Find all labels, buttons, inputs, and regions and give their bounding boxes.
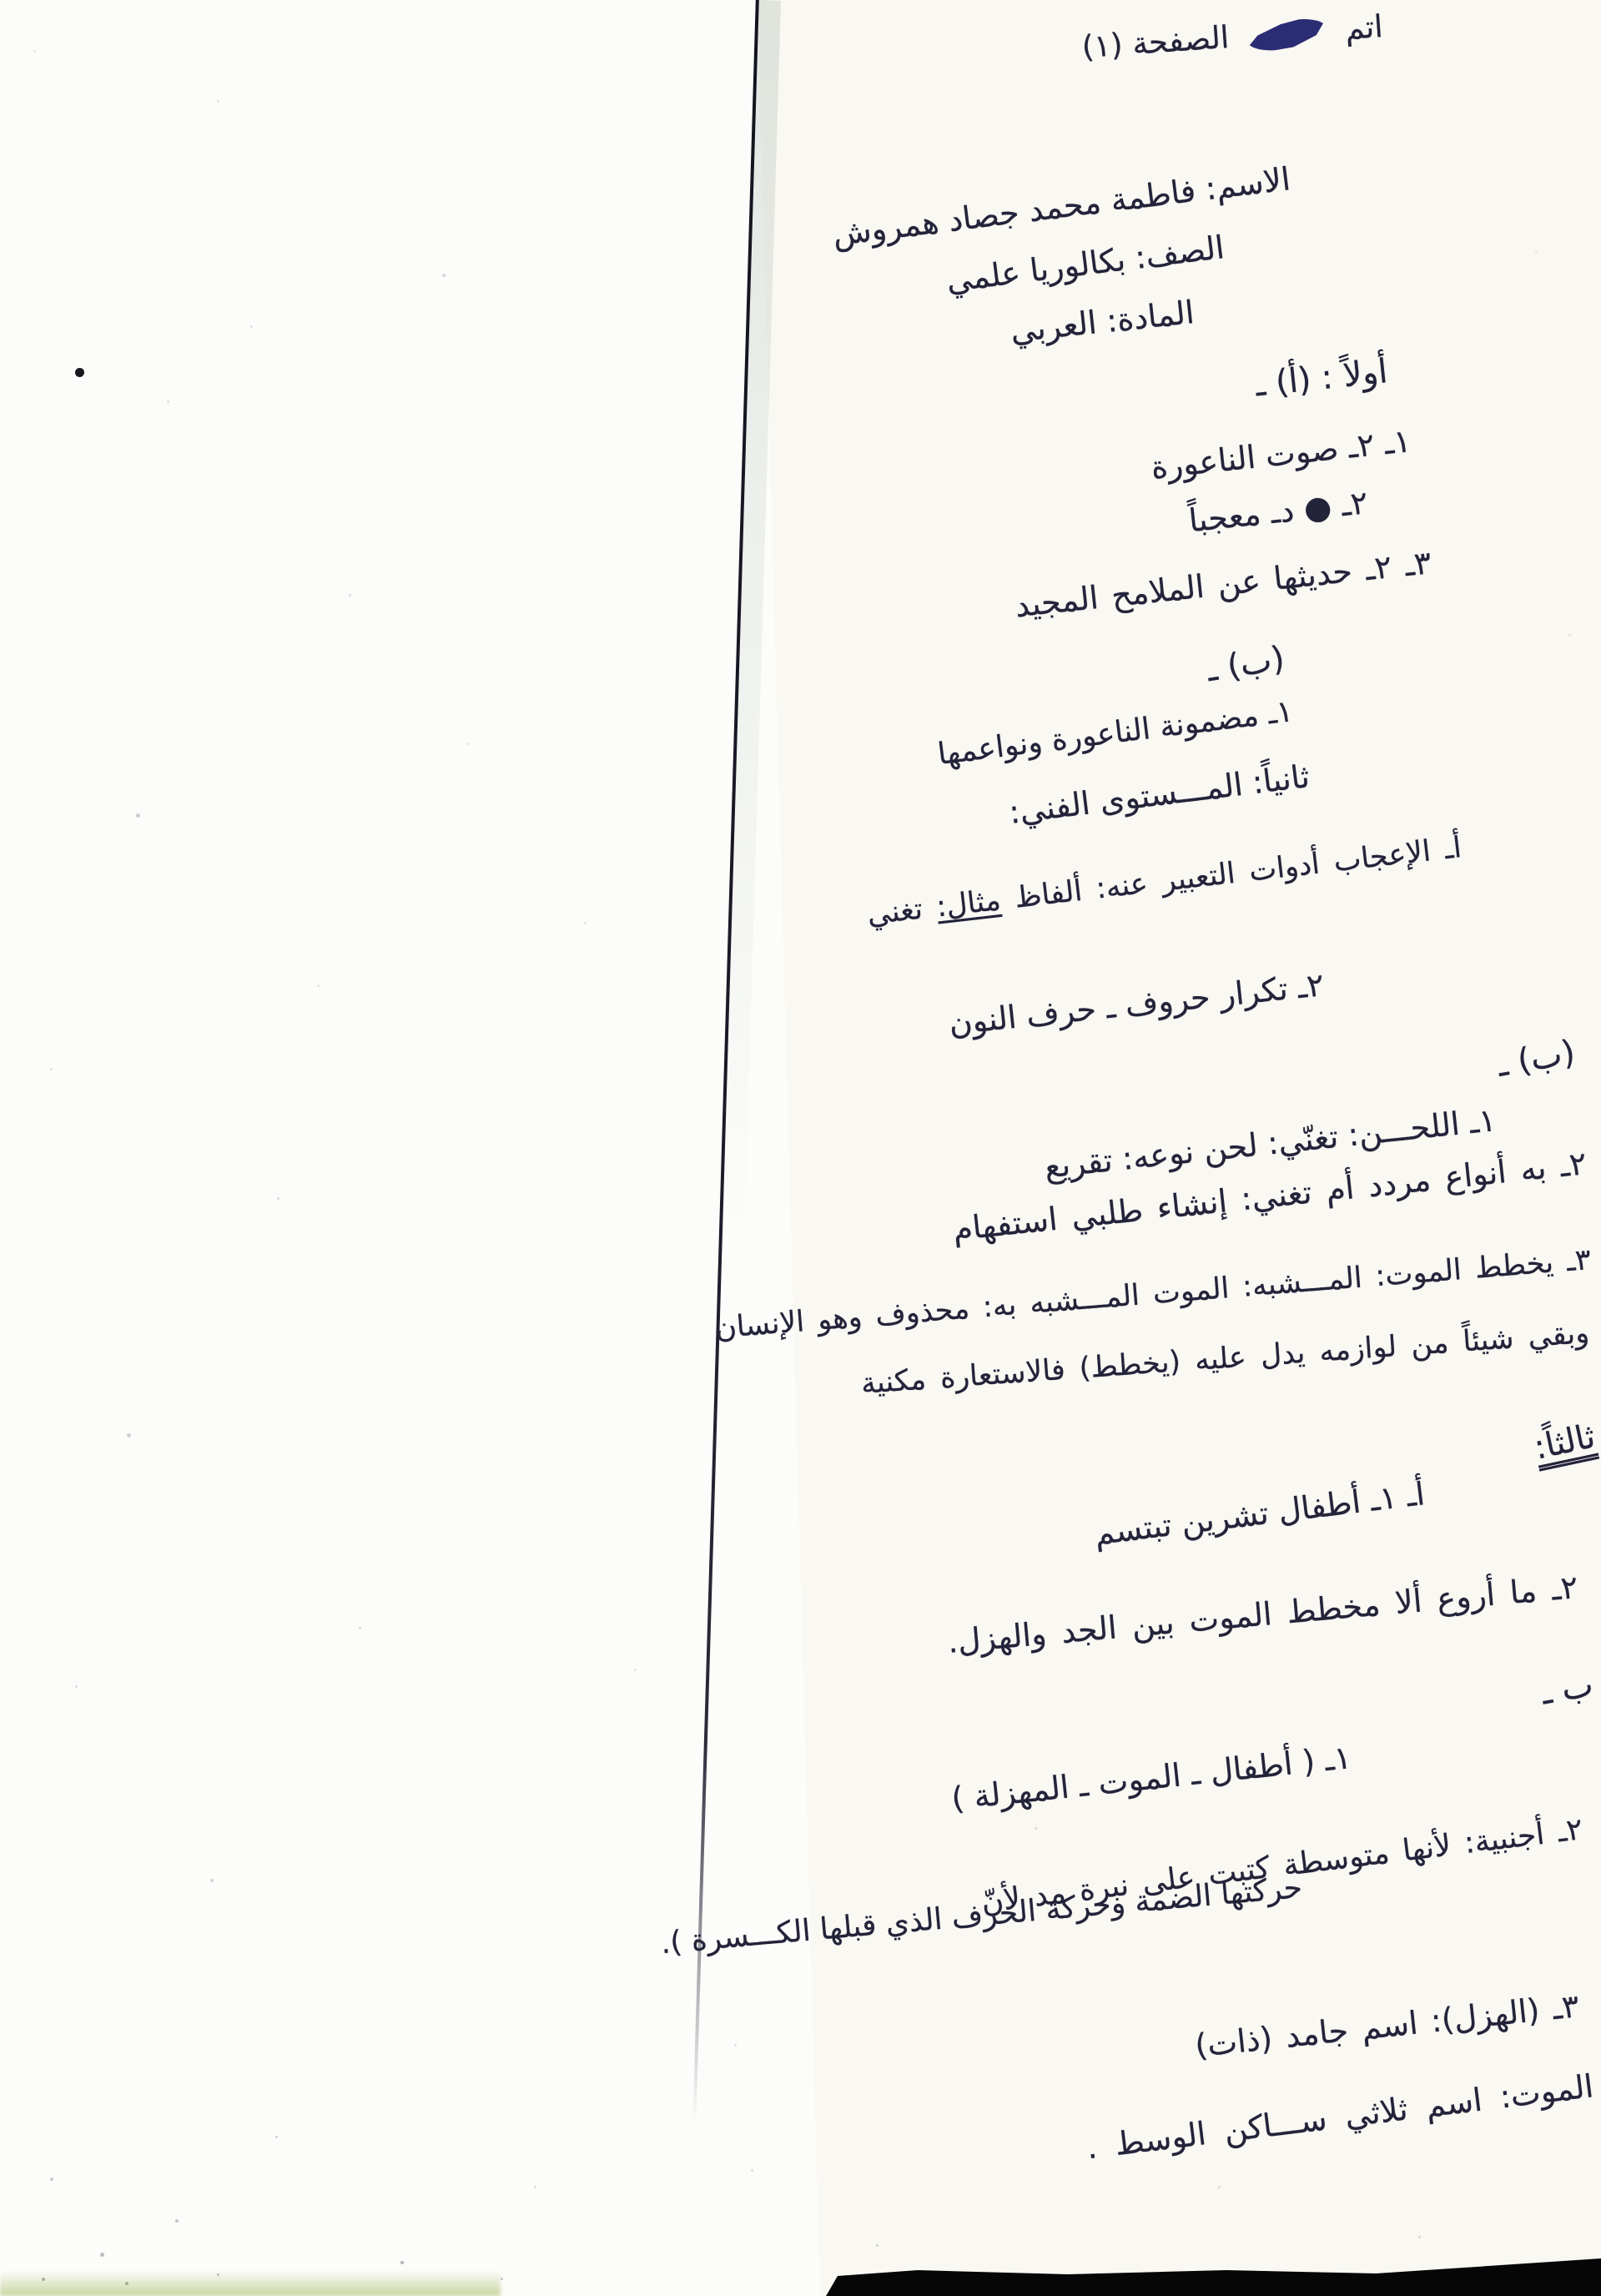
speck [217, 100, 219, 103]
speck [250, 325, 253, 328]
speck [210, 1879, 214, 1882]
speck [1568, 634, 1571, 637]
speck [734, 2044, 737, 2047]
speck [50, 1068, 53, 1070]
speck [75, 1685, 78, 1688]
speck [400, 2261, 404, 2264]
speck [359, 1627, 361, 1629]
speck [275, 2136, 278, 2138]
scan-bottom-tint [0, 2271, 501, 2296]
speck [501, 2278, 503, 2280]
speck [136, 813, 140, 818]
speck [751, 2169, 753, 2172]
speck [33, 50, 36, 53]
speck [277, 1197, 279, 1200]
speck [634, 1669, 637, 1671]
speck [167, 400, 169, 403]
speck [534, 2186, 536, 2188]
header-word-done: اتم [1343, 8, 1383, 47]
speck [175, 2219, 179, 2223]
speck [584, 922, 587, 924]
scanned-handwritten-exam-page: اتم الصفحة (١) الاسم: فاطمة محمد جصاد هم… [0, 0, 1601, 2296]
speck [349, 594, 351, 597]
speck [876, 2244, 879, 2247]
speck [1418, 2236, 1421, 2238]
speck [442, 274, 446, 277]
speck [1035, 1827, 1037, 1830]
speck [50, 2178, 53, 2181]
speck [127, 1433, 131, 1438]
speck [100, 2253, 104, 2257]
speck [467, 743, 470, 745]
stray-ink-dot [75, 368, 84, 377]
speck [317, 984, 320, 987]
speck [1535, 250, 1538, 253]
speck [1218, 2186, 1221, 2188]
